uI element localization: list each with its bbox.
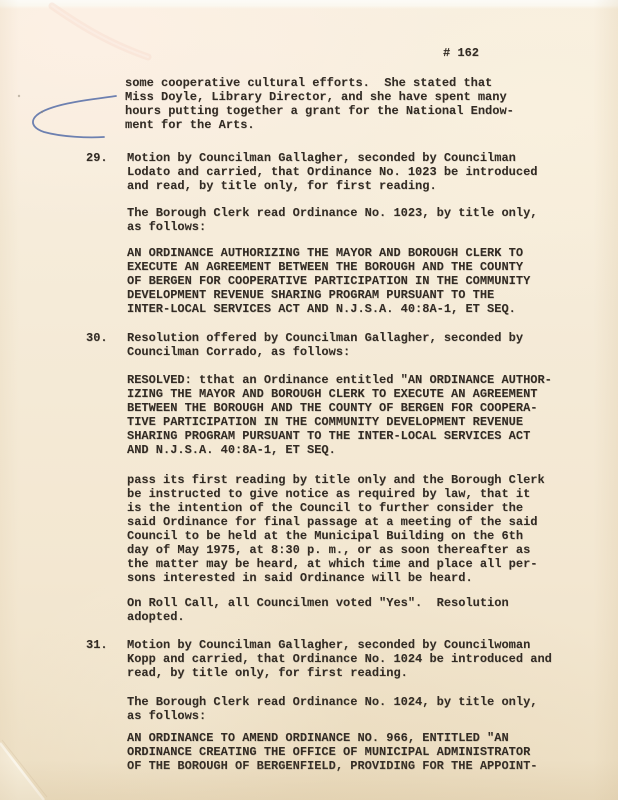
- block-roll-call: On Roll Call, all Councilmen voted "Yes"…: [127, 596, 509, 624]
- scanned-page: # 162 some cooperative cultural efforts.…: [0, 0, 618, 800]
- text-line: Resolution offered by Councilman Gallagh…: [127, 331, 523, 345]
- text-line: as follows:: [127, 709, 537, 723]
- item-number: 30.: [86, 331, 108, 345]
- block-resolved-clause: RESOLVED: tthat an Ordinance entitled "A…: [127, 373, 552, 457]
- paper-fold-bottom-left: [0, 740, 47, 800]
- text-line: Motion by Councilman Gallagher, seconded…: [127, 151, 537, 165]
- text-line: hours putting together a grant for the N…: [125, 104, 514, 118]
- text-line: Motion by Councilman Gallagher, seconded…: [127, 638, 552, 652]
- text-line: some cooperative cultural efforts. She s…: [125, 76, 514, 90]
- item-number: 31.: [86, 638, 108, 652]
- text-line: RESOLVED: tthat an Ordinance entitled "A…: [127, 373, 552, 387]
- text-line: OF THE BOROUGH OF BERGENFIELD, PROVIDING…: [127, 759, 537, 773]
- text-line: IZING THE MAYOR AND BOROUGH CLERK TO EXE…: [127, 387, 552, 401]
- text-line: DEVELOPMENT REVENUE SHARING PROGRAM PURS…: [127, 288, 530, 302]
- text-line: Miss Doyle, Library Director, and she ha…: [125, 90, 514, 104]
- text-line: said Ordinance for final passage at a me…: [127, 515, 545, 529]
- pen-mark-check: [33, 96, 116, 137]
- text-line: INTER-LOCAL SERVICES ACT AND N.J.S.A. 40…: [127, 302, 530, 316]
- text-line: Council to be held at the Municipal Buil…: [127, 529, 545, 543]
- text-line: ORDINANCE CREATING THE OFFICE OF MUNICIP…: [127, 745, 537, 759]
- text-line: OF BERGEN FOR COOPERATIVE PARTICIPATION …: [127, 274, 530, 288]
- text-line: adopted.: [127, 610, 509, 624]
- scanner-edge-strip: [0, 0, 618, 9]
- item-number: 29.: [86, 151, 108, 165]
- paper-crease-top-left: [52, 6, 148, 57]
- page-number: # 162: [443, 46, 479, 60]
- block-clerk-read-1023: The Borough Clerk read Ordinance No. 102…: [127, 206, 537, 234]
- block-intro-continuation: some cooperative cultural efforts. She s…: [125, 76, 514, 132]
- text-line: sons interested in said Ordinance will b…: [127, 571, 545, 585]
- text-line: the matter may be heard, at which time a…: [127, 557, 545, 571]
- block-item-31: 31.Motion by Councilman Gallagher, secon…: [127, 638, 552, 680]
- paper-speck: [18, 95, 20, 97]
- text-line: ment for the Arts.: [125, 118, 514, 132]
- block-first-reading-notice: pass its first reading by title only and…: [127, 473, 545, 585]
- text-line: The Borough Clerk read Ordinance No. 102…: [127, 206, 537, 220]
- block-ordinance-1023-title: AN ORDINANCE AUTHORIZING THE MAYOR AND B…: [127, 246, 530, 316]
- text-line: Lodato and carried, that Ordinance No. 1…: [127, 165, 537, 179]
- text-line: is the intention of the Council to furth…: [127, 501, 545, 515]
- text-line: On Roll Call, all Councilmen voted "Yes"…: [127, 596, 509, 610]
- block-item-29: 29.Motion by Councilman Gallagher, secon…: [127, 151, 537, 193]
- text-line: The Borough Clerk read Ordinance No. 102…: [127, 695, 537, 709]
- text-line: AND N.J.S.A. 40:8A-1, ET SEQ.: [127, 443, 552, 457]
- text-line: pass its first reading by title only and…: [127, 473, 545, 487]
- text-line: day of May 1975, at 8:30 p. m., or as so…: [127, 543, 545, 557]
- text-line: read, by title only, for first reading.: [127, 666, 552, 680]
- block-item-30: 30.Resolution offered by Councilman Gall…: [127, 331, 523, 359]
- block-ordinance-966-title: AN ORDINANCE TO AMEND ORDINANCE NO. 966,…: [127, 731, 537, 773]
- text-line: as follows:: [127, 220, 537, 234]
- text-line: AN ORDINANCE AUTHORIZING THE MAYOR AND B…: [127, 246, 530, 260]
- text-line: BETWEEN THE BOROUGH AND THE COUNTY OF BE…: [127, 401, 552, 415]
- text-line: Councilman Corrado, as follows:: [127, 345, 523, 359]
- paper-speck: [41, 111, 43, 113]
- text-line: Kopp and carried, that Ordinance No. 102…: [127, 652, 552, 666]
- text-line: be instructed to give notice as required…: [127, 487, 545, 501]
- text-line: EXECUTE AN AGREEMENT BETWEEN THE BOROUGH…: [127, 260, 530, 274]
- text-line: SHARING PROGRAM PURSUANT TO THE INTER-LO…: [127, 429, 552, 443]
- text-line: TIVE PARTICIPATION IN THE COMMUNITY DEVE…: [127, 415, 552, 429]
- text-line: AN ORDINANCE TO AMEND ORDINANCE NO. 966,…: [127, 731, 537, 745]
- text-line: and read, by title only, for first readi…: [127, 179, 537, 193]
- block-clerk-read-1024: The Borough Clerk read Ordinance No. 102…: [127, 695, 537, 723]
